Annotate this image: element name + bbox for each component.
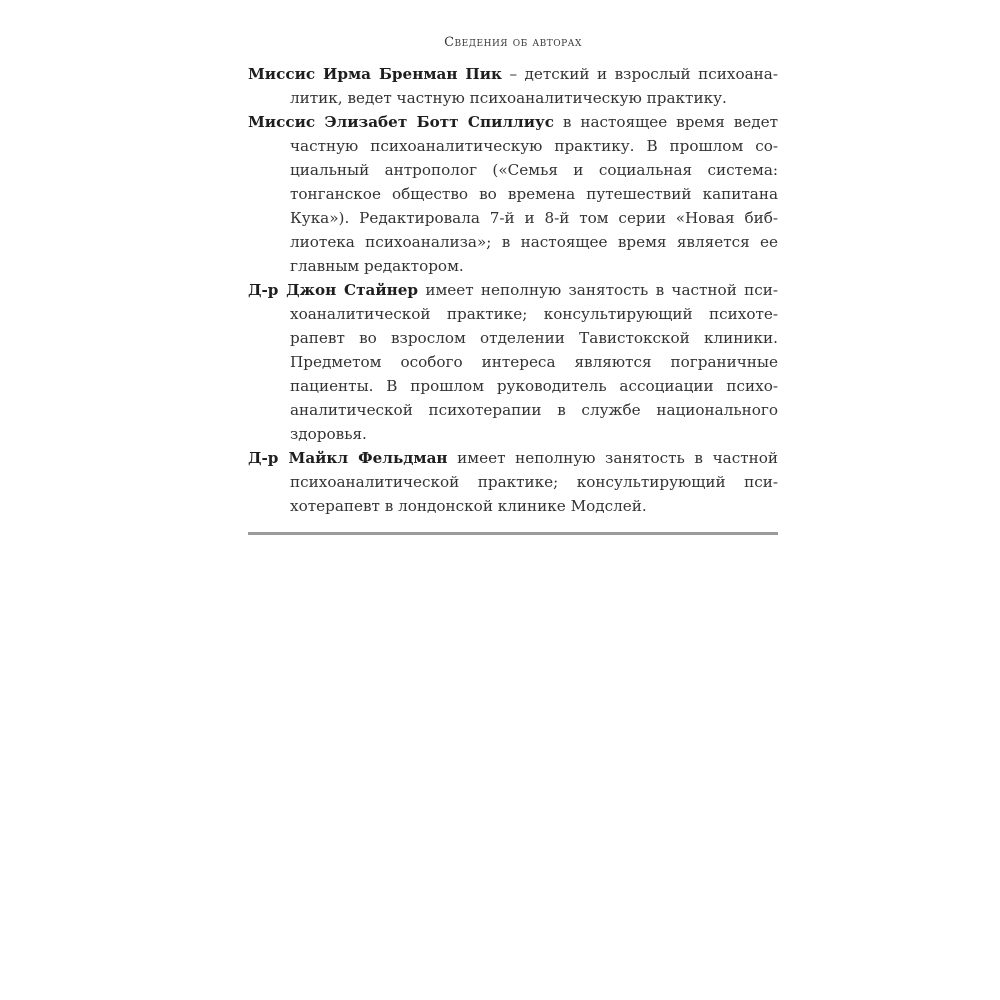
author-description: имеет неполную занятость в частной пси­х… [290, 281, 778, 443]
book-page: Сведения об авторах Миссис Ирма Бренман … [248, 34, 778, 518]
author-name: Миссис Ирма Бренман Пик [248, 65, 502, 83]
author-entry-brenman-pick: Миссис Ирма Бренман Пик – детский и взро… [248, 62, 778, 110]
author-description: в настоящее время ведет частную психоана… [290, 113, 778, 275]
author-name: Д-р Джон Стайнер [248, 281, 418, 299]
author-name: Д-р Майкл Фельдман [248, 449, 448, 467]
author-name: Миссис Элизабет Ботт Спиллиус [248, 113, 554, 131]
author-entry-steiner: Д-р Джон Стайнер имеет неполную занятост… [248, 278, 778, 446]
running-head: Сведения об авторах [248, 34, 778, 52]
horizontal-rule [248, 532, 778, 535]
author-entry-bott-spillius: Миссис Элизабет Ботт Спиллиус в настояще… [248, 110, 778, 278]
author-entries: Миссис Ирма Бренман Пик – детский и взро… [248, 62, 778, 518]
author-entry-feldman: Д-р Майкл Фельдман имеет неполную занято… [248, 446, 778, 518]
